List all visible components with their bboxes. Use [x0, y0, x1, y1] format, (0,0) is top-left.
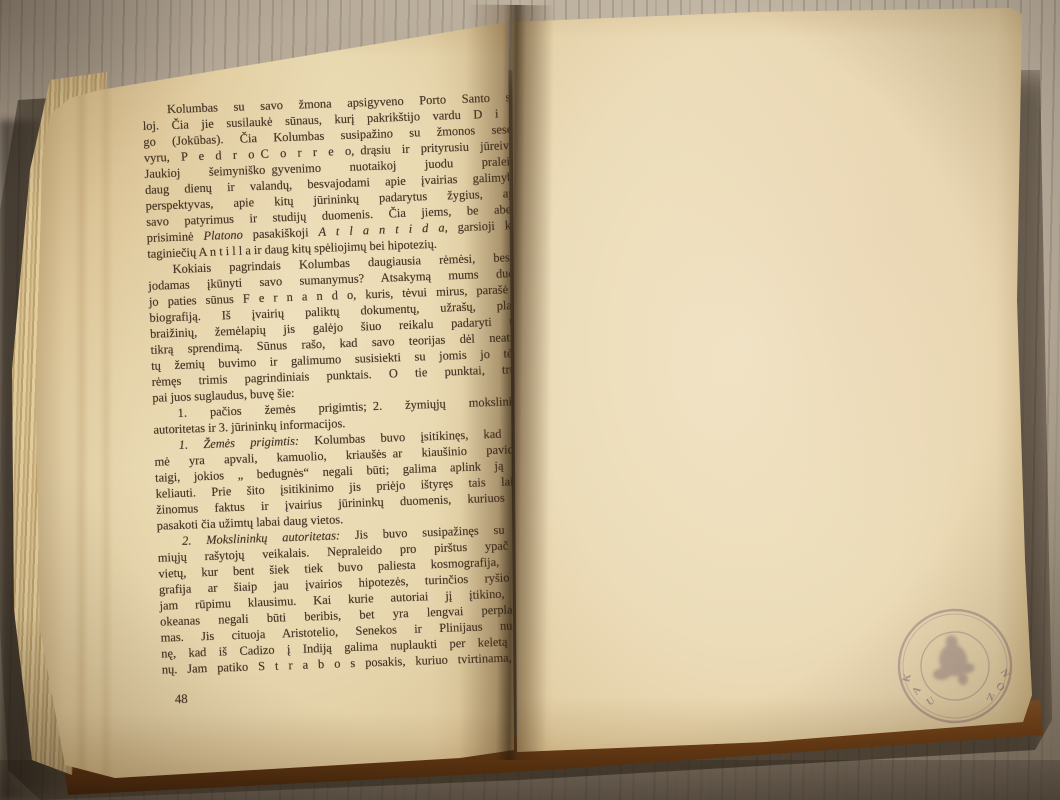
svg-text:K: K — [901, 672, 914, 683]
stamp-emblem — [928, 633, 977, 689]
book-photo-scene: Kolumbas su savo žmona apsigyveno Porto … — [0, 0, 1060, 800]
svg-text:N: N — [985, 692, 996, 705]
book-gutter-shadow — [458, 4, 570, 760]
left-page: Kolumbas su savo žmona apsigyveno Porto … — [30, 10, 520, 790]
svg-text:U: U — [925, 695, 938, 709]
library-ink-stamp: K A U N O N — [883, 594, 1028, 739]
